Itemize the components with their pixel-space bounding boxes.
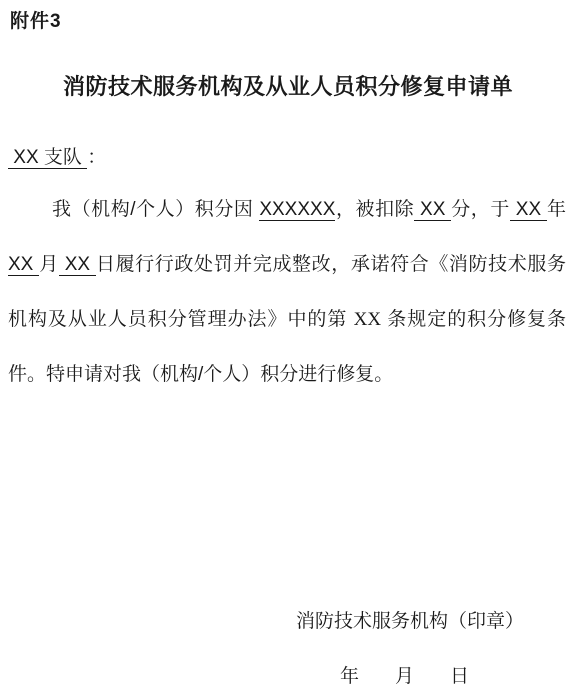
date-day-label: 日	[450, 661, 469, 688]
document-page: 附件3 消防技术服务机构及从业人员积分修复申请单 XX 支队 ： 我（机构/个人…	[0, 0, 576, 699]
signature-date-line: 年 月 日	[340, 661, 469, 688]
application-body-paragraph: 我（机构/个人）积分因 XXXXXX，被扣除 XX 分，于 XX 年 XX 月 …	[8, 182, 566, 402]
text-segment-underline: XX 支队	[8, 147, 87, 169]
text-segment-underline: XXXXXX	[259, 199, 335, 221]
date-year-label: 年	[340, 661, 359, 688]
document-title: 消防技术服务机构及从业人员积分修复申请单	[0, 70, 576, 101]
text-segment-normal: ：	[87, 147, 106, 168]
text-segment-underline: XX	[8, 254, 39, 276]
text-segment-underline: XX	[414, 199, 451, 221]
text-segment-normal: 我（机构/个人）积分因	[52, 199, 259, 220]
text-segment-normal: 年	[547, 199, 566, 220]
text-segment-normal: 分，于	[451, 199, 510, 220]
text-segment-normal: 月	[39, 254, 59, 275]
text-segment-normal: ，被扣除	[335, 199, 414, 220]
text-segment-serif: XX	[354, 309, 381, 330]
recipient-line: XX 支队 ：	[8, 143, 106, 173]
attachment-number-label: 附件3	[10, 6, 62, 33]
text-segment-underline: XX	[59, 254, 96, 276]
text-segment-underline: XX	[510, 199, 547, 221]
signature-org-line: 消防技术服务机构（印章）	[296, 606, 524, 633]
date-month-label: 月	[395, 661, 414, 688]
